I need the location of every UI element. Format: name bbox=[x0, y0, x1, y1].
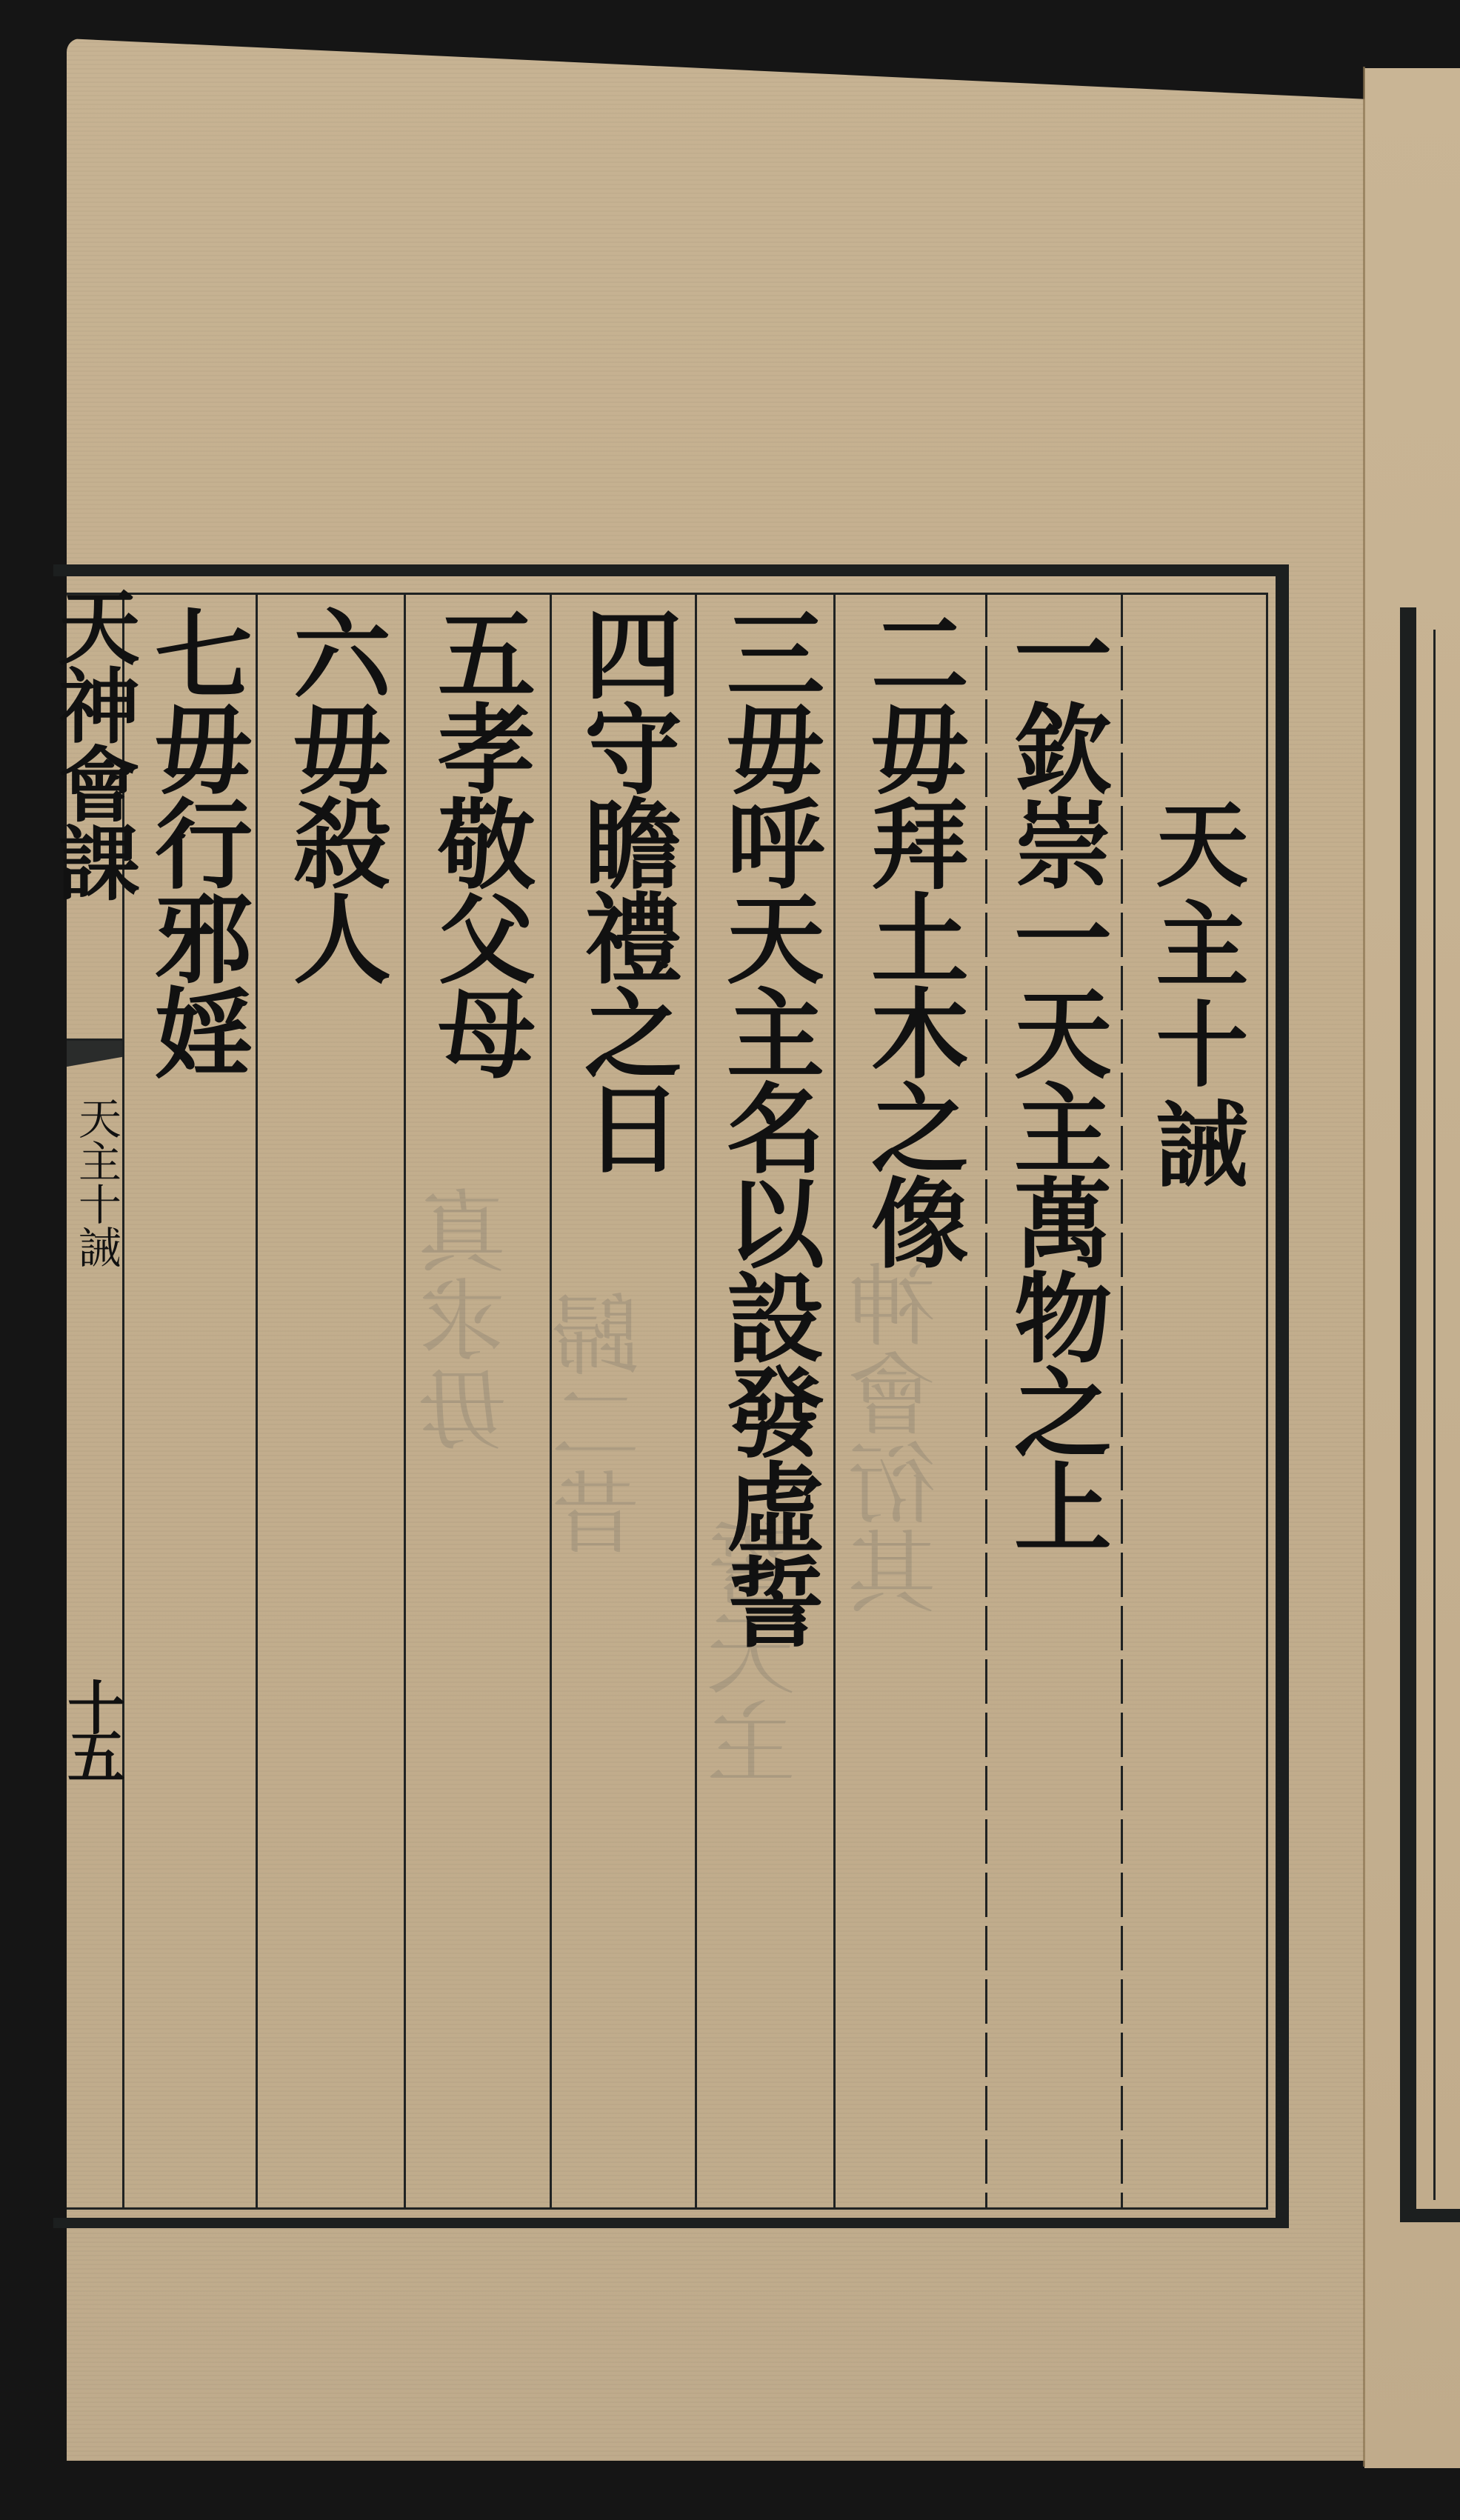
column-rule bbox=[404, 593, 406, 2210]
commandment-text: 毋拜土木之像 bbox=[854, 699, 969, 1267]
column-rule bbox=[985, 593, 987, 2210]
page-heading: 天主十誡 bbox=[1131, 796, 1257, 1196]
facing-page-rule bbox=[1433, 630, 1436, 2200]
commandment-text: 毋殺人 bbox=[276, 699, 391, 983]
fishtail-ornament bbox=[67, 1039, 122, 1078]
commandment-number: 四 bbox=[567, 604, 682, 699]
banxin-book-title: 天神會課 bbox=[52, 585, 133, 899]
commandment-number: 六 bbox=[276, 604, 391, 699]
commandment-4: 四守瞻禮之日 bbox=[561, 604, 687, 1173]
commandment-text: 欽崇一天主萬物之上 bbox=[997, 699, 1112, 1552]
commandment-1: 一欽崇一天主萬物之上 bbox=[991, 604, 1117, 1552]
column-rule bbox=[833, 593, 836, 2210]
commandment-text: 孝敬父母 bbox=[421, 699, 536, 1078]
leaf-number: 十五 bbox=[58, 1678, 124, 1776]
commandment-number: 三 bbox=[710, 604, 824, 699]
commandment-number: 七 bbox=[138, 604, 253, 699]
facing-page-frame bbox=[1400, 607, 1460, 2222]
commandment-text: 守瞻禮之日 bbox=[567, 699, 682, 1173]
commandment-number: 一 bbox=[997, 604, 1112, 699]
commandment-text: 毋行邪婬 bbox=[138, 699, 253, 1078]
commandment-3: 三毋呼天主名以設發虛誓 bbox=[704, 604, 830, 1647]
column-rule bbox=[695, 593, 697, 2210]
commandment-7: 七毋行邪婬 bbox=[132, 604, 258, 1078]
banxin-section-title: 天主十誡 bbox=[70, 1096, 122, 1268]
commandment-6: 六毋殺人 bbox=[270, 604, 396, 983]
column-rule bbox=[1121, 593, 1123, 2210]
commandment-number: 五 bbox=[421, 604, 536, 699]
commandment-number: 二 bbox=[854, 604, 969, 699]
page-fold bbox=[1363, 67, 1365, 2467]
column-rule bbox=[550, 593, 552, 2210]
commandment-2: 二毋拜土木之像 bbox=[848, 604, 974, 1267]
commandment-text: 毋呼天主名以設發虛誓 bbox=[710, 699, 824, 1647]
commandment-5: 五孝敬父母 bbox=[415, 604, 541, 1078]
